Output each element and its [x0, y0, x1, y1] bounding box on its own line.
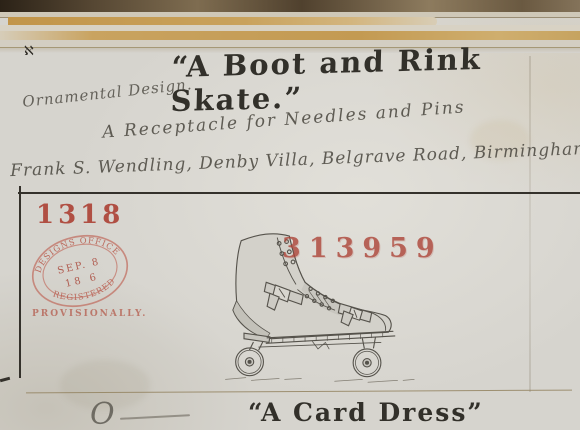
provisionally-label: PROVISIONALLY. — [32, 309, 147, 319]
next-entry-partial-title: “A Card Dress” — [248, 398, 484, 427]
horizontal-rule — [18, 192, 580, 194]
bound-pages-edge-dark — [0, 0, 580, 12]
next-entry-handwriting-start: O — [90, 397, 115, 430]
rule-end-tick — [0, 377, 10, 382]
proprietor-address-handwriting: Frank S. Wendling, Denby Villa, Belgrave… — [10, 139, 580, 181]
margin-mark: ℵ — [24, 44, 34, 59]
register-page: ℵ Ornamental Design. “A Boot and Rink Sk… — [0, 0, 580, 430]
design-number-stamp: 313959 — [282, 233, 443, 264]
vertical-rule — [19, 186, 21, 378]
pen-flourish — [120, 414, 190, 420]
design-type-handwriting: Ornamental Design. — [22, 75, 194, 111]
